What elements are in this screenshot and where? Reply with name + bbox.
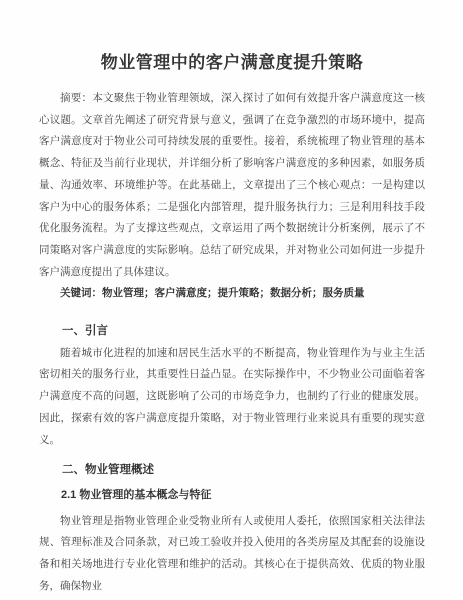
- keywords-line: 关键词：物业管理；客户满意度；提升策略；数据分析；服务质量: [39, 283, 425, 305]
- abstract-paragraph: 摘要：本文聚焦于物业管理领域，深入探讨了如何有效提升客户满意度这一核心议题。文章…: [39, 88, 425, 283]
- subsection-heading-basic-concepts: 2.1 物业管理的基本概念与特征: [39, 485, 425, 507]
- introduction-paragraph: 随着城市化进程的加速和居民生活水平的不断提高，物业管理作为与业主生活密切相关的服…: [39, 343, 425, 452]
- overview-paragraph: 物业管理是指物业管理企业受物业所有人或使用人委托，依照国家相关法律法规、管理标准…: [39, 511, 425, 598]
- section-heading-introduction: 一、引言: [39, 321, 425, 343]
- page-title: 物业管理中的客户满意度提升策略: [39, 51, 425, 75]
- document-page: 物业管理中的客户满意度提升策略 摘要：本文聚焦于物业管理领域，深入探讨了如何有效…: [0, 0, 463, 600]
- section-heading-overview: 二、物业管理概述: [39, 460, 425, 482]
